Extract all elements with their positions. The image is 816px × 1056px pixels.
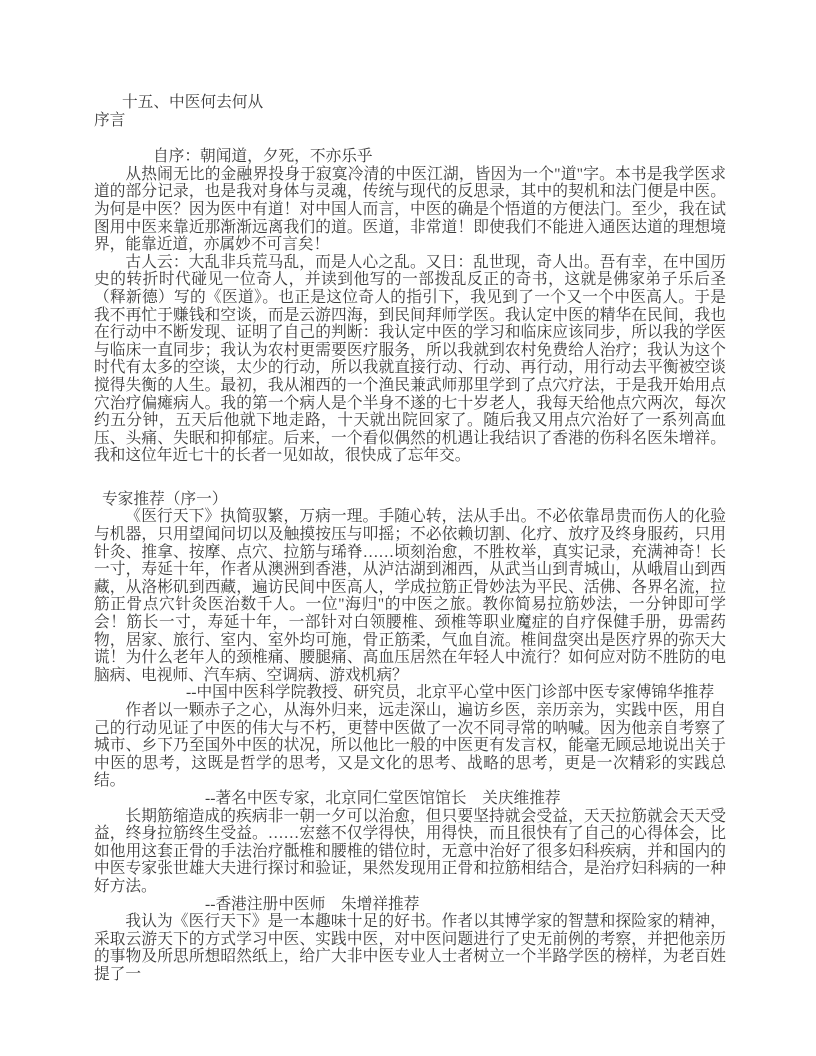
document-text-column: 十五、中医何去何从序言自序：朝闻道，夕死，不亦乐乎从热闹无比的金融界投身于寂寞冷…	[94, 94, 726, 984]
paragraph: 从热闹无比的金融界投身于寂寞冷清的中医江湖，皆因为一个"道"字。本书是我学医求道…	[94, 166, 726, 254]
section-heading: 专家推荐（序一）	[94, 491, 726, 509]
paragraph: 长期筋缩造成的疾病非一朝一夕可以治愈，但只要坚持就会受益，天天拉筋就会天天受益，…	[94, 808, 726, 896]
paragraph: 我认为《医行天下》是一本趣味十足的好书。作者以其博学家的智慧和探险家的精神，采取…	[94, 913, 726, 983]
attribution-line: --香港注册中医师 朱增祥推荐	[94, 896, 726, 914]
blank-line	[94, 465, 726, 491]
self-preface-title: 自序：朝闻道，夕死，不亦乐乎	[94, 148, 726, 166]
section-label: 序言	[94, 112, 726, 130]
chapter-title: 十五、中医何去何从	[94, 94, 726, 112]
paragraph: 古人云：大乱非兵荒马乱，而是人心之乱。又日：乱世现，奇人出。吾有幸，在中国历史的…	[94, 254, 726, 465]
attribution-line: --中国中医科学院教授、研究员，北京平心堂中医门诊部中医专家傅锦华推荐	[94, 684, 726, 702]
document-page: 十五、中医何去何从序言自序：朝闻道，夕死，不亦乐乎从热闹无比的金融界投身于寂寞冷…	[0, 0, 816, 1056]
paragraph: 作者以一颗赤子之心，从海外归来，远走深山，遍访乡医，亲历亲为，实践中医，用自己的…	[94, 702, 726, 790]
blank-line	[94, 129, 726, 148]
attribution-line: --著名中医专家，北京同仁堂医馆馆长 关庆维推荐	[94, 790, 726, 808]
paragraph: 《医行天下》执简驭繁，万病一理。手随心转，法从手出。不必依靠昂贵而伤人的化验与机…	[94, 508, 726, 684]
